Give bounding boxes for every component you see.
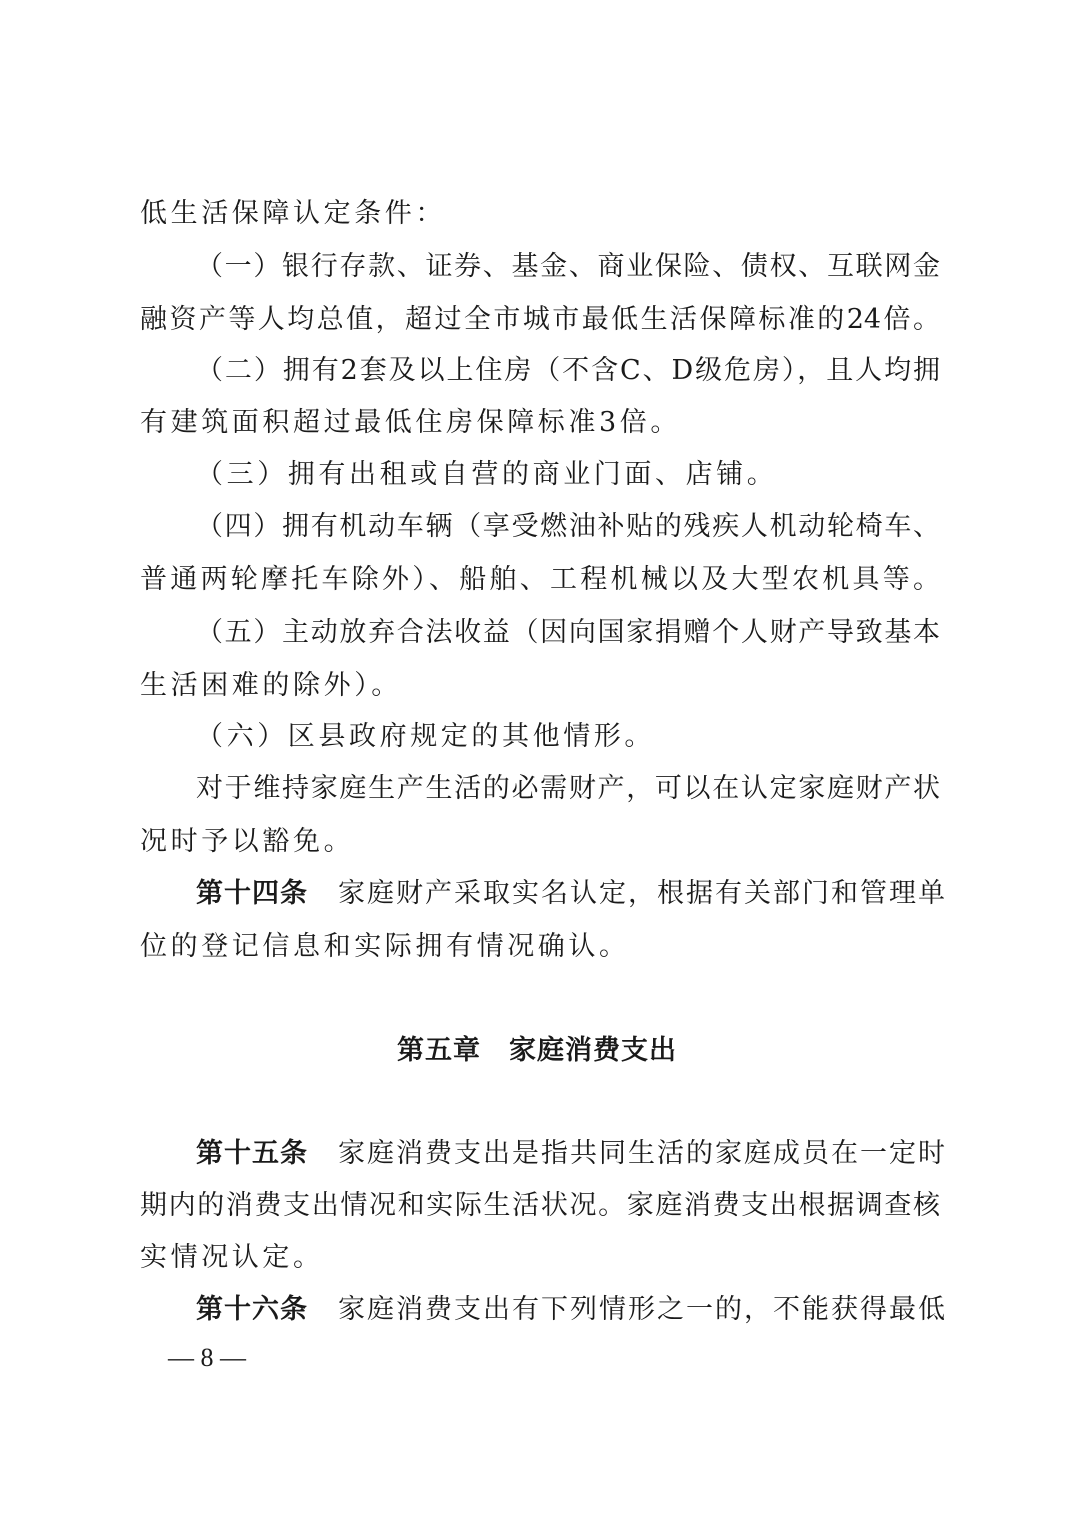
- article-text: 家庭消费支出有下列情形之一的，不能获得最低: [338, 1294, 947, 1325]
- page-number: — 8 —: [168, 1340, 246, 1376]
- article-text: 家庭消费支出是指共同生活的家庭成员在一定时: [338, 1138, 947, 1169]
- article-16: 第十六条家庭消费支出有下列情形之一的，不能获得最低: [196, 1292, 940, 1328]
- document-page: 低生活保障认定条件： （一）银行存款、证券、基金、商业保险、债权、互联网金 融资…: [0, 0, 1074, 1520]
- article-label: 第十五条: [196, 1138, 308, 1169]
- article-label: 第十四条: [196, 878, 308, 909]
- list-item-3: （三）拥有出租或自营的商业门面、店铺。: [196, 457, 940, 493]
- text-line: 位的登记信息和实际拥有情况确认。: [140, 929, 940, 965]
- article-text: 家庭财产采取实名认定，根据有关部门和管理单: [338, 878, 947, 909]
- article-15: 第十五条家庭消费支出是指共同生活的家庭成员在一定时: [196, 1136, 940, 1172]
- text-line: 普通两轮摩托车除外）、船舶、工程机械以及大型农机具等。: [140, 562, 940, 598]
- paragraph: 对于维持家庭生产生活的必需财产，可以在认定家庭财产状: [196, 771, 940, 807]
- list-item-5: （五）主动放弃合法收益（因向国家捐赠个人财产导致基本: [196, 615, 940, 651]
- text-line: 融资产等人均总值，超过全市城市最低生活保障标准的24倍。: [140, 302, 940, 338]
- text-line: 生活困难的除外）。: [140, 668, 940, 704]
- list-item-2: （二）拥有2套及以上住房（不含C、D级危房），且人均拥: [196, 353, 940, 389]
- list-item-4: （四）拥有机动车辆（享受燃油补贴的残疾人机动轮椅车、: [196, 509, 940, 545]
- list-item-1: （一）银行存款、证券、基金、商业保险、债权、互联网金: [196, 249, 940, 285]
- chapter-heading: 第五章 家庭消费支出: [0, 1033, 1074, 1069]
- article-14: 第十四条家庭财产采取实名认定，根据有关部门和管理单: [196, 876, 940, 912]
- text-line: 实情况认定。: [140, 1240, 940, 1276]
- text-line: 低生活保障认定条件：: [140, 196, 940, 232]
- text-line: 有建筑面积超过最低住房保障标准3倍。: [140, 405, 940, 441]
- article-label: 第十六条: [196, 1294, 308, 1325]
- text-line: 期内的消费支出情况和实际生活状况。家庭消费支出根据调查核: [140, 1188, 940, 1224]
- list-item-6: （六）区县政府规定的其他情形。: [196, 719, 940, 755]
- text-line: 况时予以豁免。: [140, 824, 940, 860]
